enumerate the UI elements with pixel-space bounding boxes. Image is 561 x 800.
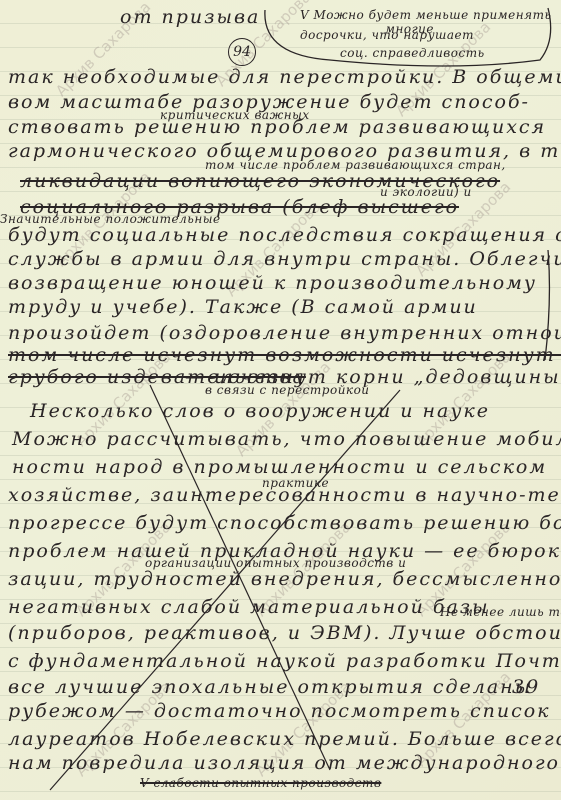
manuscript-line: так необходимые для перестройки. В обще­… xyxy=(8,66,561,88)
manuscript-line: с фундаментальной наукой разработки Почт… xyxy=(8,650,561,672)
manuscript-line: нам повредила изоляция от международного xyxy=(8,752,560,774)
manuscript-line: негативных слабой материальной базы xyxy=(8,596,490,618)
manuscript-line: прогрессе будут способствовать решению б… xyxy=(8,512,561,534)
manuscript-line: службы в армии для внутри страны. Облегч… xyxy=(8,248,561,270)
manuscript-page: Архив Сахарова Архив Сахарова Архив Саха… xyxy=(0,0,561,800)
manuscript-line: все лучшие эпохальные открытия сделаны xyxy=(8,676,532,698)
manuscript-line: в связи с перестройкой xyxy=(205,383,370,397)
manuscript-line: труду и учебе). Также (В самой армии xyxy=(8,296,478,318)
manuscript-line: соц. справедливость xyxy=(340,46,485,60)
manuscript-line: (приборов, реактивов, и ЭВМ). Лучше обст… xyxy=(8,622,561,644)
manuscript-line: Не менее лишь тоже xyxy=(440,605,561,619)
manuscript-line: зации, трудностей внедрения, бессмысленн… xyxy=(8,568,561,590)
manuscript-line: V слабости опытных производств xyxy=(140,776,381,790)
manuscript-line: V Можно будет меньше применять xyxy=(300,8,551,22)
manuscript-line: ствовать решению проблем развивающихся xyxy=(8,116,546,138)
manuscript-line: Несколько слов о вооружении и науке xyxy=(30,400,490,422)
manuscript-line: досрочки, что нарушает xyxy=(300,28,474,42)
circled-page-number: 94 xyxy=(228,38,256,66)
manuscript-line: лауреатов Нобелевских премий. Больше все… xyxy=(8,728,561,750)
manuscript-line: Можно рассчитывать, что повышение мобиль… xyxy=(12,428,561,450)
manuscript-line: от призыва xyxy=(120,6,260,28)
manuscript-line: ности народ в промышленности и сельском xyxy=(12,456,547,478)
manuscript-line: том числе исчезнут возможности исчезнут … xyxy=(8,344,561,366)
manuscript-line: возвращение юношей к производительному xyxy=(8,272,537,294)
manuscript-line: хозяйстве, заинтересованности в научно-т… xyxy=(8,484,561,506)
manuscript-line: произойдет (оздоровление внутренних отно… xyxy=(8,322,561,344)
manuscript-line: будут социальные последствия сокращения … xyxy=(8,224,561,246)
manuscript-line: рубежом — достаточно посмотреть список xyxy=(8,700,551,722)
